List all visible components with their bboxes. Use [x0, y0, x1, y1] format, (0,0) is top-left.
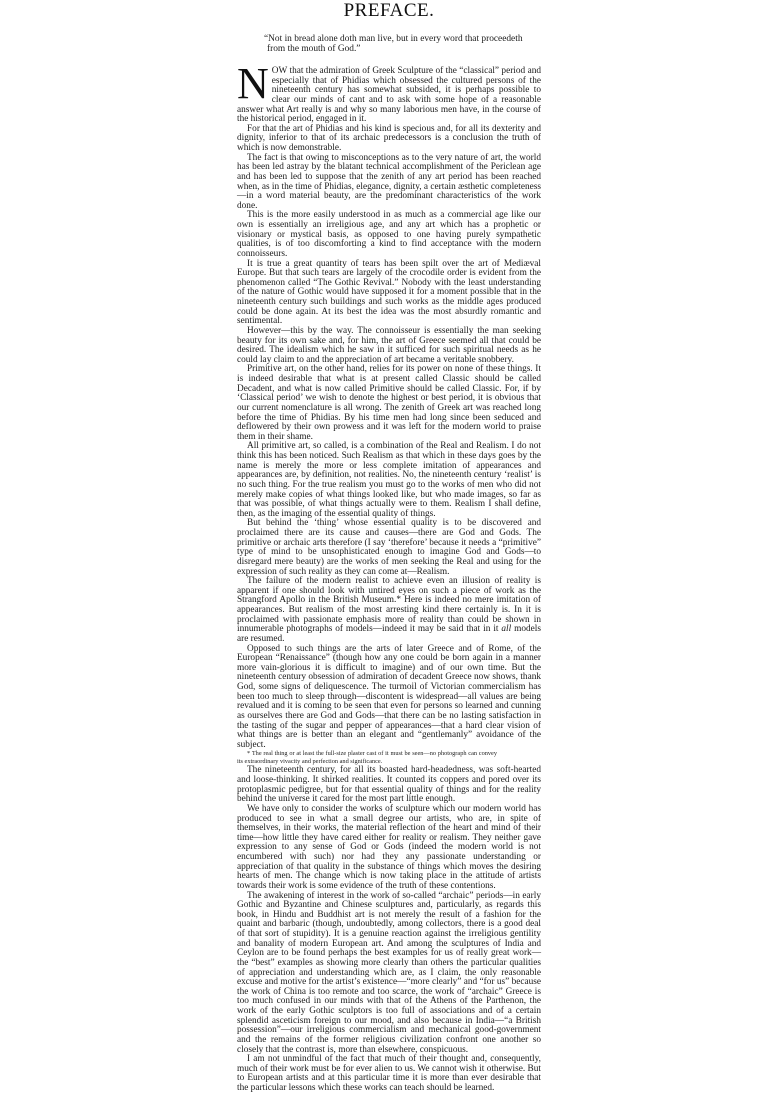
paragraph: But behind the ‘thing’ whose essential q…: [237, 519, 541, 577]
document-page: PREFACE. “Not in bread alone doth man li…: [237, 0, 541, 1094]
emphasis-all: all: [501, 624, 511, 634]
paragraph: For that the art of Phidias and his kind…: [237, 125, 541, 154]
paragraph: However—this by the way. The connoisseur…: [237, 327, 541, 366]
drop-cap: N: [237, 68, 269, 98]
paragraph: I am not unmindful of the fact that much…: [237, 1055, 541, 1094]
paragraph: All primitive art, so called, is a combi…: [237, 442, 541, 519]
paragraph: The awakening of interest in the work of…: [237, 892, 541, 1056]
paragraph-text: The failure of the modern realist to ach…: [237, 576, 541, 634]
paragraph: It is true a great quantity of tears has…: [237, 260, 541, 327]
epigraph: “Not in bread alone doth man live, but i…: [267, 34, 529, 54]
page-title: PREFACE.: [237, 0, 541, 22]
paragraph: This is the more easily understood in as…: [237, 211, 541, 259]
paragraph: The fact is that owing to misconceptions…: [237, 154, 541, 212]
body-text: NOW that the admiration of Greek Sculptu…: [237, 67, 541, 1094]
paragraph-opening: NOW that the admiration of Greek Sculptu…: [237, 67, 541, 125]
footnote: * The real thing or at least the full-si…: [237, 750, 497, 766]
paragraph-strangford: The failure of the modern realist to ach…: [237, 577, 541, 644]
paragraph: Primitive art, on the other hand, relies…: [237, 365, 541, 442]
paragraph: Opposed to such things are the arts of l…: [237, 645, 541, 751]
paragraph: We have only to consider the works of sc…: [237, 805, 541, 892]
paragraph: The nineteenth century, for all its boas…: [237, 766, 541, 805]
paragraph-opening-text: OW that the admiration of Greek Sculptur…: [237, 66, 541, 124]
